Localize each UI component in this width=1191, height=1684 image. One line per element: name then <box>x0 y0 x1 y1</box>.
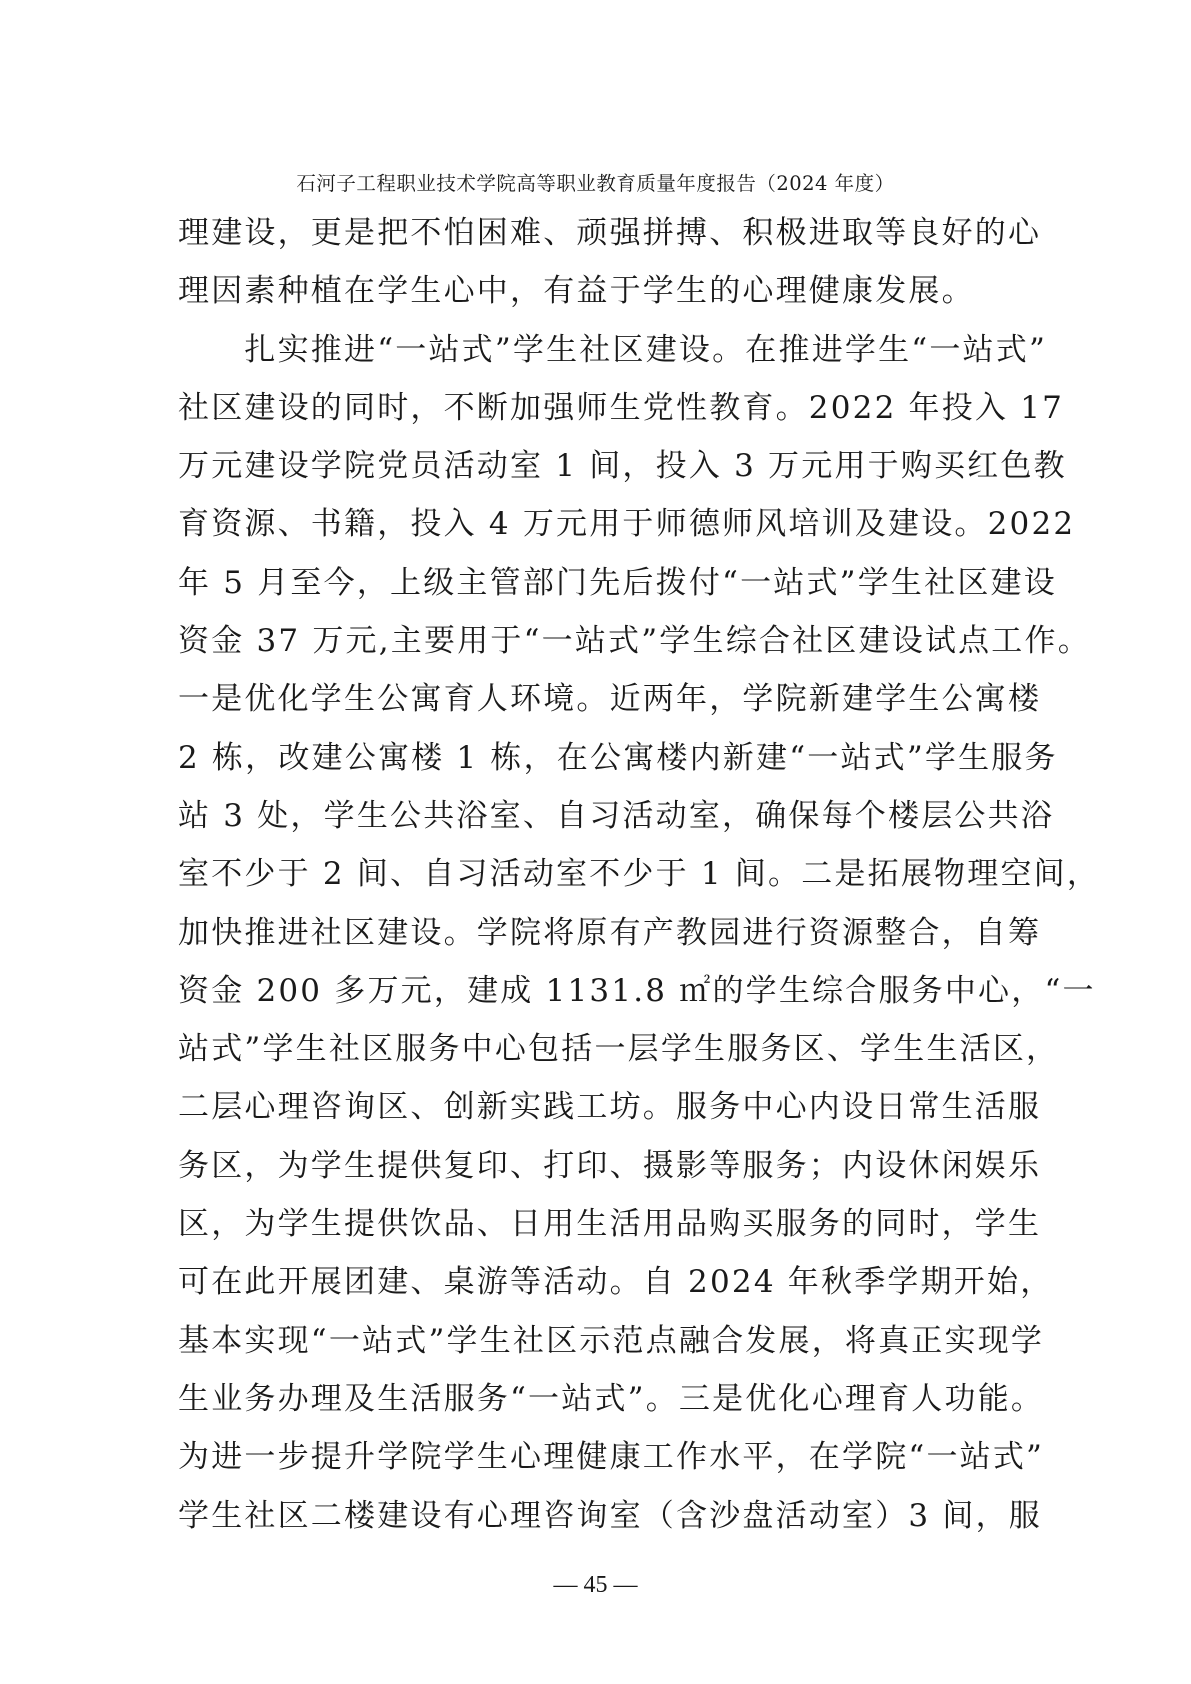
text-line: 理建设，更是把不怕困难、顽强拼搏、积极进取等良好的心 <box>178 204 1018 262</box>
text-line: 万元建设学院党员活动室 1 间，投入 3 万元用于购买红色教 <box>178 437 1018 495</box>
text-line: 社区建设的同时，不断加强师生党性教育。2022 年投入 17 <box>178 379 1018 437</box>
text-line: 站式”学生社区服务中心包括一层学生服务区、学生生活区， <box>178 1020 1018 1078</box>
text-line: 站 3 处，学生公共浴室、自习活动室，确保每个楼层公共浴 <box>178 787 1018 845</box>
running-header: 石河子工程职业技术学院高等职业教育质量年度报告（2024 年度） <box>0 172 1191 196</box>
text-line: 资金 37 万元,主要用于“一站式”学生综合社区建设试点工作。 <box>178 612 1018 670</box>
text-line: 二层心理咨询区、创新实践工坊。服务中心内设日常生活服 <box>178 1078 1018 1136</box>
text-line: 学生社区二楼建设有心理咨询室（含沙盘活动室）3 间，服 <box>178 1487 1018 1545</box>
text-line: 为进一步提升学院学生心理健康工作水平，在学院“一站式” <box>178 1428 1018 1486</box>
text-line: 2 栋，改建公寓楼 1 栋，在公寓楼内新建“一站式”学生服务 <box>178 729 1018 787</box>
text-line: 生业务办理及生活服务“一站式”。三是优化心理育人功能。 <box>178 1370 1018 1428</box>
text-line: 区，为学生提供饮品、日用生活用品购买服务的同时，学生 <box>178 1195 1018 1253</box>
text-line: 育资源、书籍，投入 4 万元用于师德师风培训及建设。2022 <box>178 495 1018 553</box>
text-line: 室不少于 2 间、自习活动室不少于 1 间。二是拓展物理空间， <box>178 845 1018 903</box>
text-line: 资金 200 多万元，建成 1131.8 ㎡的学生综合服务中心，“一 <box>178 962 1018 1020</box>
body-text: 理建设，更是把不怕困难、顽强拼搏、积极进取等良好的心 理因素种植在学生心中，有益… <box>178 204 1018 1545</box>
text-line: 年 5 月至今，上级主管部门先后拨付“一站式”学生社区建设 <box>178 554 1018 612</box>
text-line: 基本实现“一站式”学生社区示范点融合发展，将真正实现学 <box>178 1312 1018 1370</box>
text-line: 可在此开展团建、桌游等活动。自 2024 年秋季学期开始， <box>178 1253 1018 1311</box>
text-line: 扎实推进“一站式”学生社区建设。在推进学生“一站式” <box>178 321 1018 379</box>
page-number: — 45 — <box>0 1570 1191 1600</box>
text-line: 理因素种植在学生心中，有益于学生的心理健康发展。 <box>178 262 1018 320</box>
text-line: 务区，为学生提供复印、打印、摄影等服务；内设休闲娱乐 <box>178 1137 1018 1195</box>
text-line: 加快推进社区建设。学院将原有产教园进行资源整合，自筹 <box>178 904 1018 962</box>
text-line: 一是优化学生公寓育人环境。近两年，学院新建学生公寓楼 <box>178 670 1018 728</box>
